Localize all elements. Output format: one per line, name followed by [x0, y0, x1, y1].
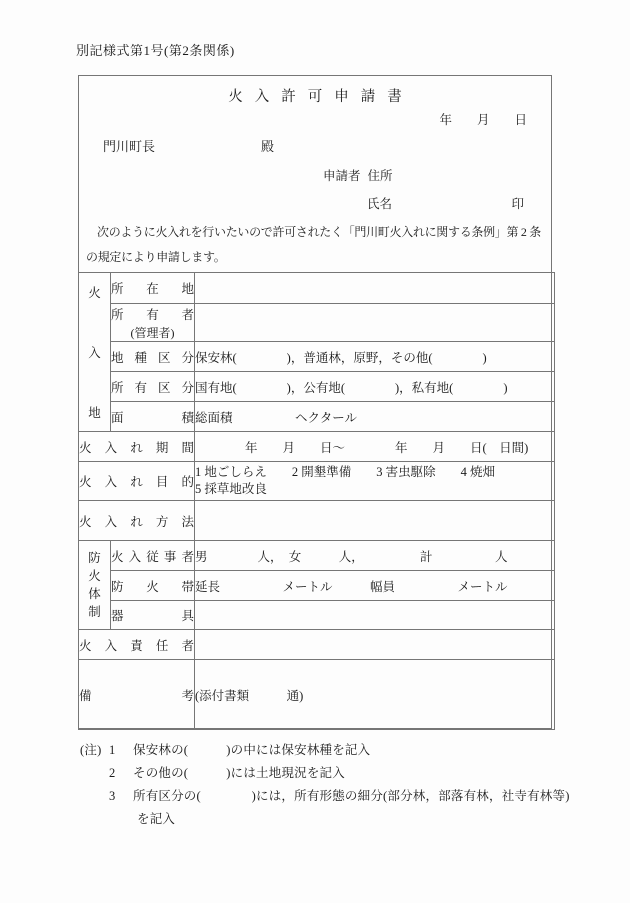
area-value-cell: 総面積 ヘクタール — [195, 402, 555, 432]
owner-label-sub: (管理者) — [111, 324, 194, 341]
note-mark: (注) — [80, 739, 109, 762]
purpose-options-line1: 1 地ごしらえ 2 開墾準備 3 害虫駆除 4 焼畑 — [195, 464, 554, 482]
group-label-fire-prevention: 防 火 体 制 — [79, 541, 111, 630]
row-ownership: 所有区分 国有地( )，公有地( )，私有地( ) — [79, 372, 555, 402]
note-number: 1 — [109, 739, 133, 762]
row-purpose: 火入れ目的 1 地ごしらえ 2 開墾準備 3 害虫駆除 4 焼畑 5 採草地改良 — [79, 462, 555, 501]
note-text: 保安林の( )の中には保安林種を記入 — [133, 739, 370, 762]
owner-label-main: 所有者 — [111, 305, 194, 323]
purpose-label: 火入れ目的 — [79, 462, 195, 501]
workers-value-cell: 男 人， 女 人， 計 人 — [195, 541, 555, 571]
addressee-line: 門川町長殿 — [79, 136, 551, 155]
intro-line-2: の規定により申請します。 — [86, 245, 544, 270]
row-location: 火 入 地 所在地 — [79, 273, 555, 304]
method-label: 火入れ方法 — [79, 501, 195, 541]
group-char: 体 — [88, 586, 101, 603]
land-type-value-cell: 保安林( )，普通林，原野，その他( ) — [195, 342, 555, 372]
applicant-label: 申請者 — [323, 169, 361, 183]
note-text: その他の( )には土地現況を記入 — [133, 762, 345, 785]
equipment-value-cell — [195, 601, 555, 630]
application-table: 火 入 地 所在地 所有者 (管理者) 地種区分 保安林( )，普通林，原野，そ… — [78, 272, 555, 730]
note-item-3-continuation: を記入 — [137, 808, 570, 831]
equipment-label: 器具 — [111, 601, 195, 630]
method-value-cell — [195, 501, 555, 541]
document-title: 火入許可申請書 — [79, 85, 551, 106]
row-period: 火入れ期間 年 月 日〜 年 月 日( 日間) — [79, 432, 555, 462]
application-form-sheet: 火入許可申請書 年 月 日 門川町長殿 申請者住所 氏名 印 次のように火入れを… — [78, 75, 552, 729]
row-owner: 所有者 (管理者) — [79, 304, 555, 342]
row-responsible: 火入責任者 — [79, 630, 555, 660]
note-number: 2 — [109, 762, 133, 785]
purpose-options-line2: 5 採草地改良 — [195, 481, 554, 499]
note-number: 3 — [109, 785, 133, 808]
group-char: 防 — [88, 550, 101, 567]
firebreak-value-cell: 延長 メートル 幅員 メートル — [195, 571, 555, 601]
row-workers: 防 火 体 制 火入従事者 男 人， 女 人， 計 人 — [79, 541, 555, 571]
name-label: 氏名 — [367, 194, 392, 212]
location-value-cell — [195, 273, 555, 304]
period-value-cell: 年 月 日〜 年 月 日( 日間) — [195, 432, 555, 462]
responsible-value-cell — [195, 630, 555, 660]
form-code: 別記様式第1号(第2条関係) — [76, 40, 235, 59]
note-item-2: 2 その他の( )には土地現況を記入 — [109, 762, 570, 785]
row-area: 面積 総面積 ヘクタール — [79, 402, 555, 432]
address-label: 住所 — [368, 169, 393, 183]
group-char: 火 — [88, 283, 101, 301]
workers-label: 火入従事者 — [111, 541, 195, 571]
note-text: 所有区分の( )には，所有形態の細分(部分林，部落有林，社寺有林等) — [133, 785, 570, 808]
group-char: 制 — [88, 604, 101, 621]
ownership-label: 所有区分 — [111, 372, 195, 402]
responsible-label: 火入責任者 — [79, 630, 195, 660]
firebreak-label: 防火帯 — [111, 571, 195, 601]
group-char: 火 — [88, 568, 101, 585]
intro-paragraph: 次のように火入れを行いたいので許可されたく「門川町火入れに関する条例」第 2 条… — [79, 220, 551, 270]
name-line: 氏名 印 — [79, 194, 551, 212]
purpose-value-cell: 1 地ごしらえ 2 開墾準備 3 害虫駆除 4 焼畑 5 採草地改良 — [195, 462, 555, 501]
row-firebreak: 防火帯 延長 メートル 幅員 メートル — [79, 571, 555, 601]
owner-label: 所有者 (管理者) — [111, 304, 195, 342]
owner-value-cell — [195, 304, 555, 342]
honorific-label: 殿 — [261, 139, 274, 154]
row-remarks: 備考 (添付書類 通) — [79, 660, 555, 730]
group-label-fire-site: 火 入 地 — [79, 273, 111, 432]
land-type-label: 地種区分 — [111, 342, 195, 372]
intro-line-1: 次のように火入れを行いたいので許可されたく「門川町火入れに関する条例」第 2 条 — [86, 220, 544, 245]
footer-notes: (注) 1 保安林の( )の中には保安林種を記入 2 その他の( )には土地現況… — [80, 739, 570, 831]
row-land-type: 地種区分 保安林( )，普通林，原野，その他( ) — [79, 342, 555, 372]
applicant-line: 申請者住所 — [79, 166, 551, 184]
area-label: 面積 — [111, 402, 195, 432]
period-label: 火入れ期間 — [79, 432, 195, 462]
row-method: 火入れ方法 — [79, 501, 555, 541]
remarks-value-cell: (添付書類 通) — [195, 660, 555, 730]
ownership-value-cell: 国有地( )，公有地( )，私有地( ) — [195, 372, 555, 402]
group-char: 入 — [88, 343, 101, 361]
date-line: 年 月 日 — [79, 110, 551, 128]
row-equipment: 器具 — [79, 601, 555, 630]
scanned-form-page: 別記様式第1号(第2条関係) 火入許可申請書 年 月 日 門川町長殿 申請者住所… — [0, 0, 630, 903]
note-item-1: (注) 1 保安林の( )の中には保安林種を記入 — [80, 739, 570, 762]
group-char: 地 — [88, 403, 101, 421]
note-item-3: 3 所有区分の( )には，所有形態の細分(部分林，部落有林，社寺有林等) — [109, 785, 570, 808]
note-text: を記入 — [137, 808, 175, 831]
seal-label: 印 — [511, 194, 524, 212]
addressee-name: 門川町長 — [103, 139, 155, 154]
remarks-label: 備考 — [79, 660, 195, 730]
location-label: 所在地 — [111, 273, 195, 304]
